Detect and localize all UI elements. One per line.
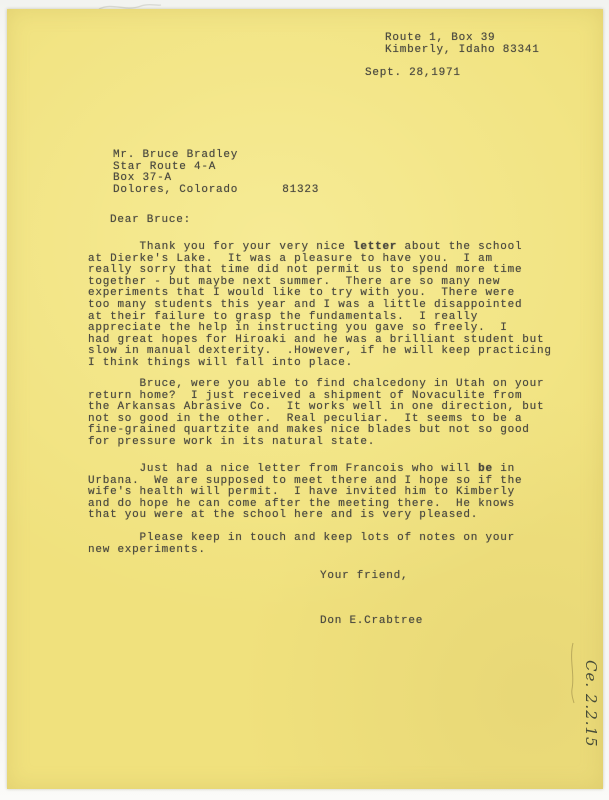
letter-paper: Route 1, Box 39Kimberly, Idaho 83341 Sep… <box>7 9 603 789</box>
text-line: that you were at the school here and is … <box>88 510 522 522</box>
closing: Your friend, <box>320 571 408 583</box>
text-line: Kimberly, Idaho 83341 <box>385 45 540 57</box>
text-line: Dolores, Colorado 81323 <box>113 185 319 197</box>
pen-scratch-mark <box>563 641 583 705</box>
text-line: for pressure work in its natural state. <box>88 437 544 449</box>
body-paragraph-1: Thank you for your very nice letter abou… <box>88 242 552 370</box>
scanned-letter-page: Route 1, Box 39Kimberly, Idaho 83341 Sep… <box>0 0 609 800</box>
recipient-address-block: Mr. Bruce BradleyStar Route 4-ABox 37-AD… <box>113 150 319 196</box>
body-paragraph-4: Please keep in touch and keep lots of no… <box>88 533 515 556</box>
date-line: Sept. 28,1971 <box>365 68 461 80</box>
handwritten-catalog-annotation: Ce. 2.2.15 <box>582 660 600 748</box>
text-line: I think things will fall into place. <box>88 358 552 370</box>
body-paragraph-2: Bruce, were you able to find chalcedony … <box>88 379 544 449</box>
typed-signature: Don E.Crabtree <box>320 616 423 628</box>
sender-address-block: Route 1, Box 39Kimberly, Idaho 83341 <box>375 33 540 56</box>
text-line: new experiments. <box>88 545 515 557</box>
body-paragraph-3: Just had a nice letter from Francois who… <box>88 464 522 522</box>
salutation: Dear Bruce: <box>110 215 191 227</box>
